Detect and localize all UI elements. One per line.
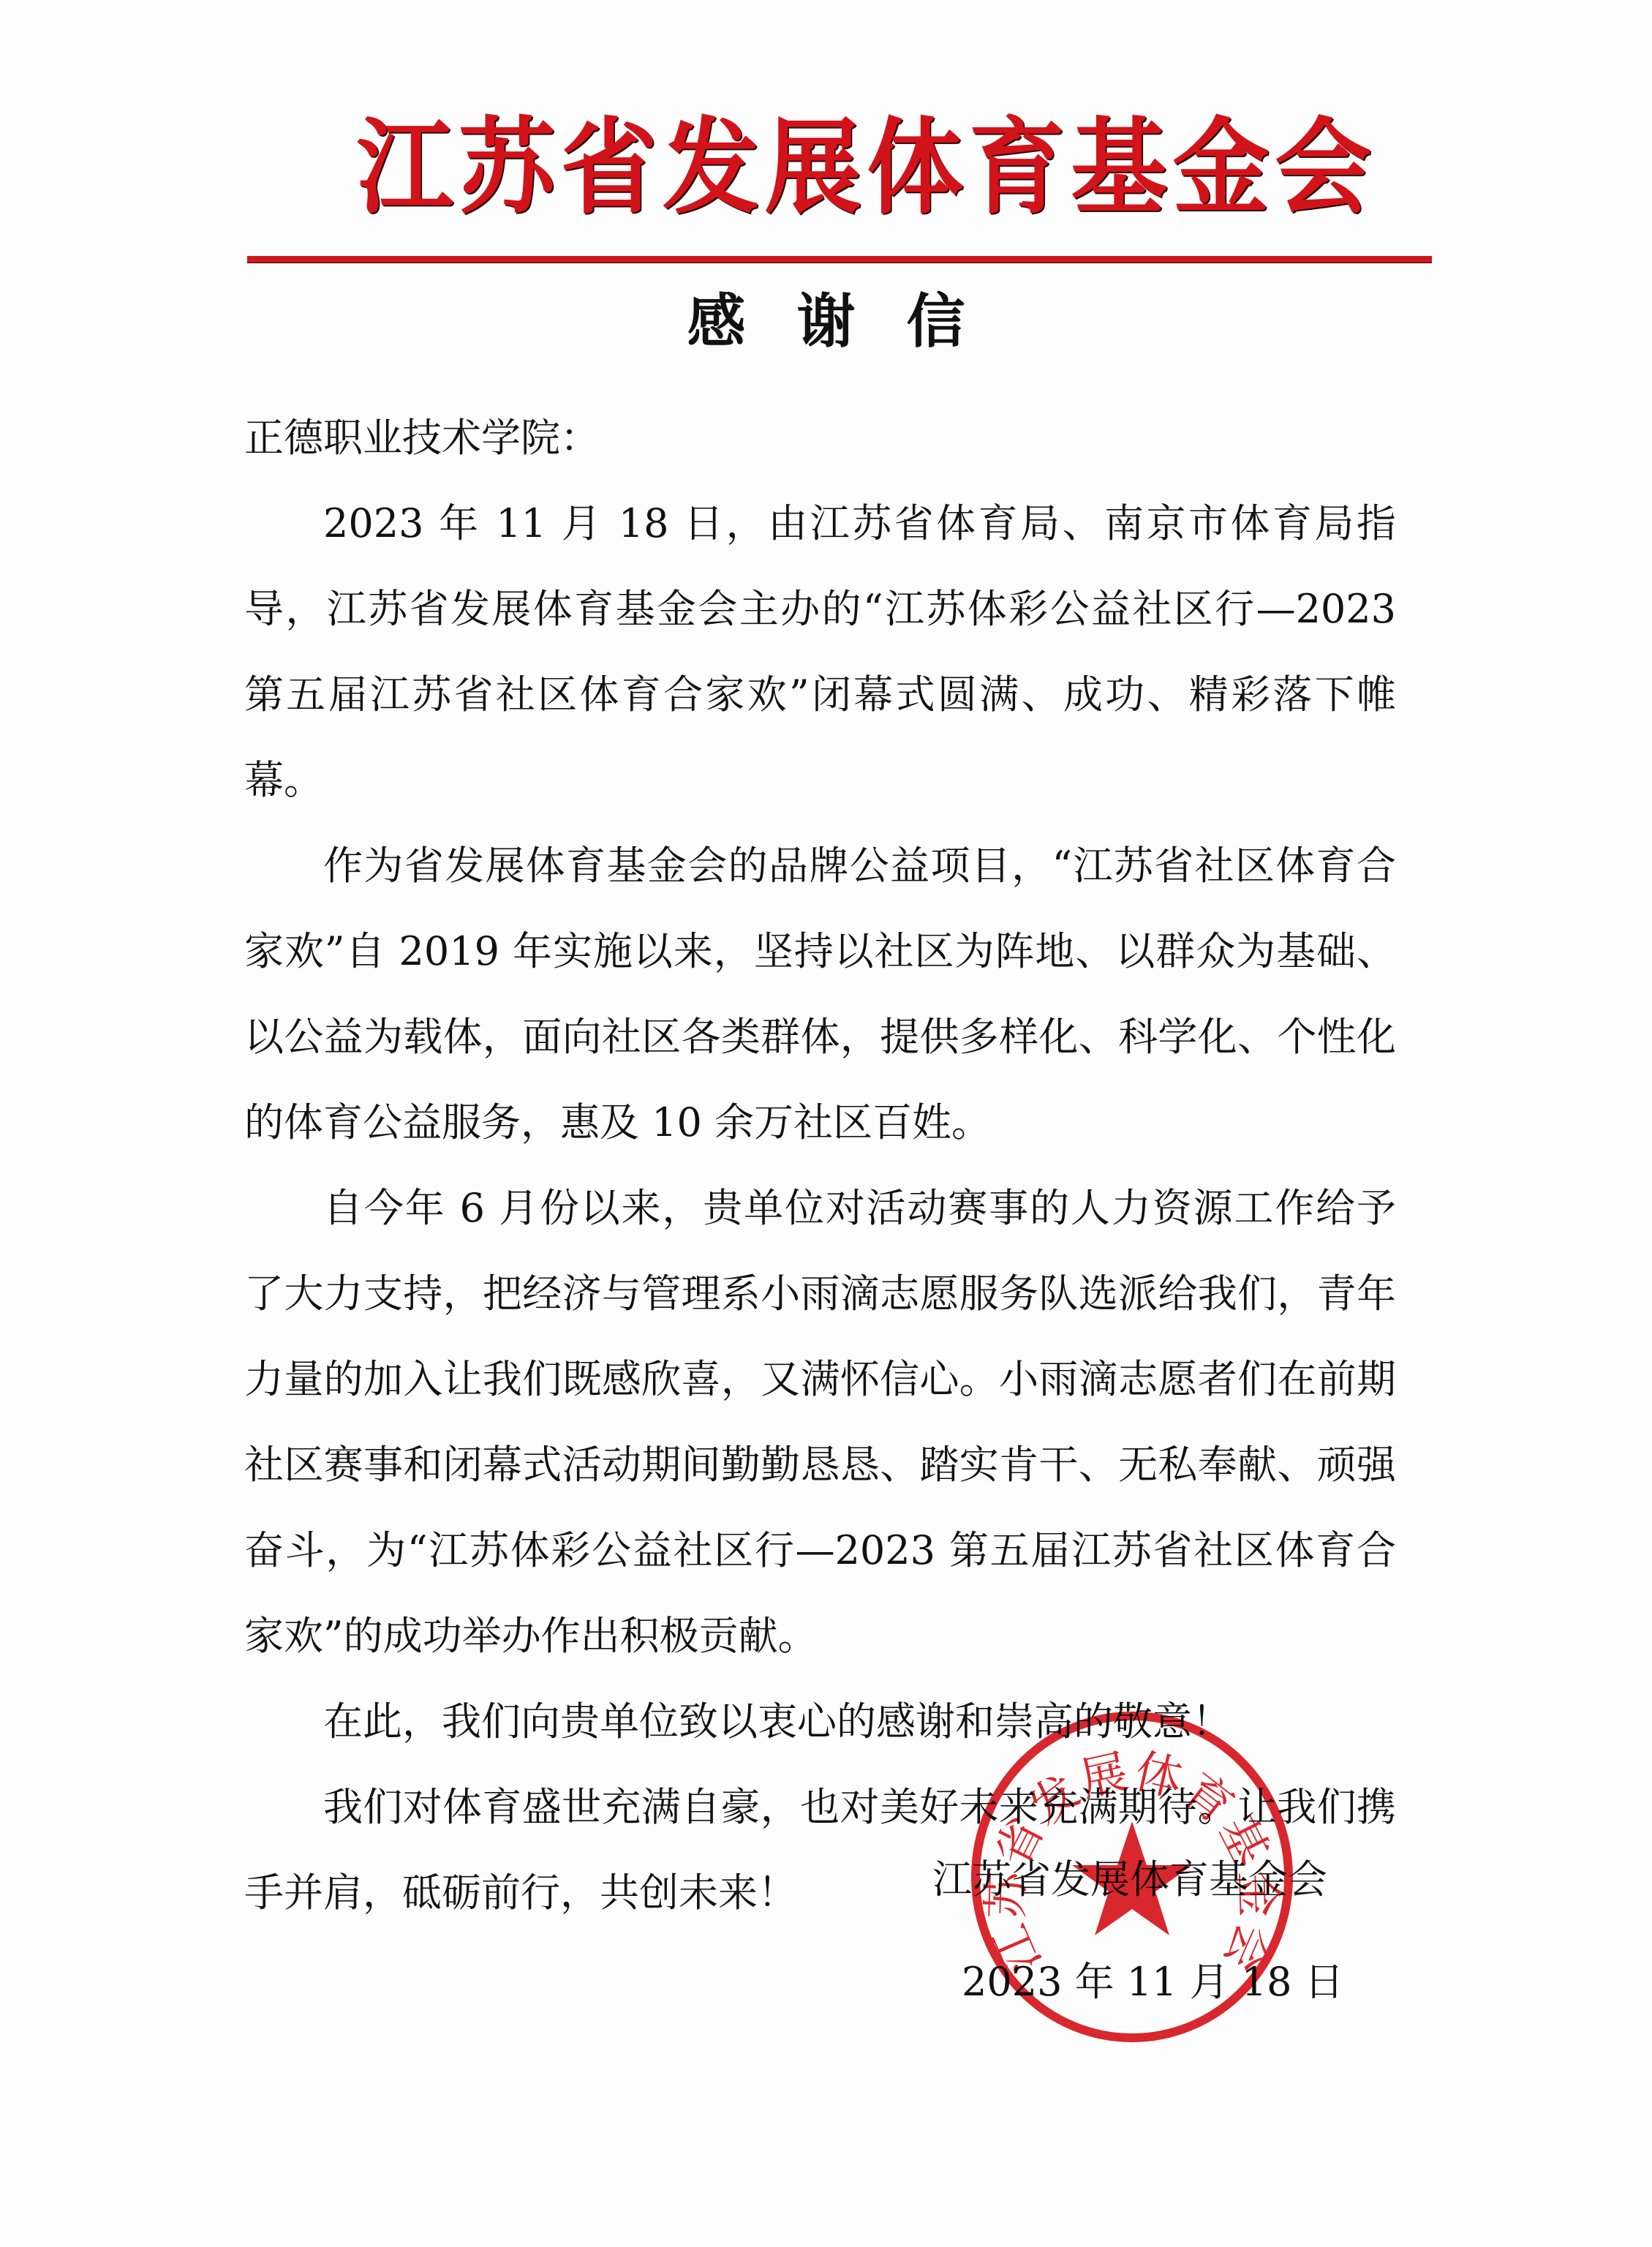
- salutation: 正德职业技术学院：: [244, 395, 1396, 481]
- letterhead-divider: [247, 256, 1432, 263]
- paragraph-1: 2023 年 11 月 18 日，由江苏省体育局、南京市体育局指导，江苏省发展体…: [244, 481, 1396, 823]
- document-title: 感谢信: [0, 285, 1652, 358]
- letter-page: 江苏省发展体育基金会 感谢信 正德职业技术学院： 2023 年 11 月 18 …: [0, 0, 1652, 2247]
- paragraph-3: 自今年 6 月份以来，贵单位对活动赛事的人力资源工作给予了大力支持，把经济与管理…: [244, 1165, 1396, 1679]
- star-icon: [1072, 1821, 1192, 1935]
- letterhead-org-name: 江苏省发展体育基金会: [357, 110, 1282, 227]
- paragraph-2: 作为省发展体育基金会的品牌公益项目，“江苏省社区体育合家欢”自 2019 年实施…: [244, 823, 1396, 1165]
- official-seal: 江苏省发展体育基金会: [967, 1712, 1297, 2042]
